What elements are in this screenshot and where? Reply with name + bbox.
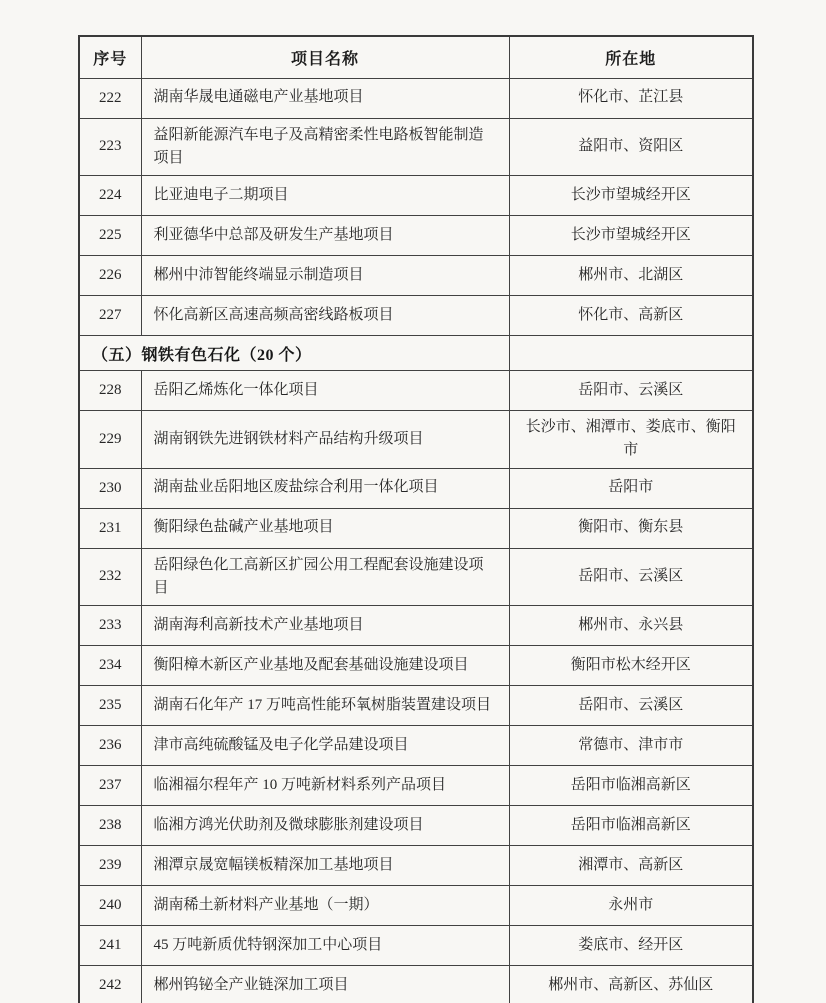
- row-number-cell: 230: [79, 468, 141, 508]
- table-row: 230湖南盐业岳阳地区废盐综合利用一体化项目岳阳市: [79, 468, 753, 508]
- location-cell: 岳阳市: [509, 468, 753, 508]
- table-row: 223益阳新能源汽车电子及高精密柔性电路板智能制造项目益阳市、资阳区: [79, 118, 753, 176]
- location-cell: 怀化市、高新区: [509, 296, 753, 336]
- project-name-cell: 临湘福尔程年产 10 万吨新材料系列产品项目: [141, 766, 509, 806]
- location-cell: 常德市、津市市: [509, 726, 753, 766]
- col-header-project-name: 项目名称: [141, 36, 509, 78]
- project-name-cell: 45 万吨新质优特钢深加工中心项目: [141, 926, 509, 966]
- row-number-cell: 225: [79, 216, 141, 256]
- section-row: （五）钢铁有色石化（20 个）: [79, 336, 753, 371]
- location-cell: 岳阳市临湘高新区: [509, 766, 753, 806]
- row-number-cell: 229: [79, 411, 141, 469]
- project-name-cell: 津市高纯硫酸锰及电子化学品建设项目: [141, 726, 509, 766]
- table-row: 234衡阳樟木新区产业基地及配套基础设施建设项目衡阳市松木经开区: [79, 646, 753, 686]
- project-name-cell: 衡阳樟木新区产业基地及配套基础设施建设项目: [141, 646, 509, 686]
- location-cell: 益阳市、资阳区: [509, 118, 753, 176]
- col-header-location: 所在地: [509, 36, 753, 78]
- project-name-cell: 利亚德华中总部及研发生产基地项目: [141, 216, 509, 256]
- row-number-cell: 226: [79, 256, 141, 296]
- row-number-cell: 228: [79, 371, 141, 411]
- table-row: 240湖南稀土新材料产业基地（一期）永州市: [79, 886, 753, 926]
- table-row: 222湖南华晟电通磁电产业基地项目怀化市、芷江县: [79, 78, 753, 118]
- table-row: 242郴州钨铋全产业链深加工项目郴州市、高新区、苏仙区: [79, 966, 753, 1003]
- table-row: 238临湘方鸿光伏助剂及微球膨胀剂建设项目岳阳市临湘高新区: [79, 806, 753, 846]
- row-number-cell: 231: [79, 508, 141, 548]
- row-number-cell: 240: [79, 886, 141, 926]
- location-cell: 衡阳市松木经开区: [509, 646, 753, 686]
- row-number-cell: 237: [79, 766, 141, 806]
- document-page: 序号 项目名称 所在地 222湖南华晟电通磁电产业基地项目怀化市、芷江县223益…: [0, 0, 826, 1003]
- row-number-cell: 222: [79, 78, 141, 118]
- location-cell: 岳阳市、云溪区: [509, 548, 753, 606]
- location-cell: 岳阳市、云溪区: [509, 686, 753, 726]
- location-cell: 娄底市、经开区: [509, 926, 753, 966]
- project-name-cell: 湖南海利高新技术产业基地项目: [141, 606, 509, 646]
- project-name-cell: 湖南稀土新材料产业基地（一期）: [141, 886, 509, 926]
- table-row: 231衡阳绿色盐碱产业基地项目衡阳市、衡东县: [79, 508, 753, 548]
- project-name-cell: 郴州中沛智能终端显示制造项目: [141, 256, 509, 296]
- project-name-cell: 益阳新能源汽车电子及高精密柔性电路板智能制造项目: [141, 118, 509, 176]
- row-number-cell: 227: [79, 296, 141, 336]
- location-cell: 郴州市、高新区、苏仙区: [509, 966, 753, 1003]
- location-cell: 长沙市、湘潭市、娄底市、衡阳市: [509, 411, 753, 469]
- location-cell: 衡阳市、衡东县: [509, 508, 753, 548]
- location-cell: 郴州市、永兴县: [509, 606, 753, 646]
- location-cell: 湘潭市、高新区: [509, 846, 753, 886]
- row-number-cell: 241: [79, 926, 141, 966]
- table-row: 226郴州中沛智能终端显示制造项目郴州市、北湖区: [79, 256, 753, 296]
- row-number-cell: 242: [79, 966, 141, 1003]
- row-number-cell: 236: [79, 726, 141, 766]
- col-header-serial-number: 序号: [79, 36, 141, 78]
- row-number-cell: 224: [79, 176, 141, 216]
- row-number-cell: 239: [79, 846, 141, 886]
- project-name-cell: 湘潭京晟宽幅镁板精深加工基地项目: [141, 846, 509, 886]
- table-row: 225利亚德华中总部及研发生产基地项目长沙市望城经开区: [79, 216, 753, 256]
- table-row: 224比亚迪电子二期项目长沙市望城经开区: [79, 176, 753, 216]
- row-number-cell: 235: [79, 686, 141, 726]
- project-name-cell: 湖南石化年产 17 万吨高性能环氧树脂装置建设项目: [141, 686, 509, 726]
- location-cell: 永州市: [509, 886, 753, 926]
- table-body: 222湖南华晟电通磁电产业基地项目怀化市、芷江县223益阳新能源汽车电子及高精密…: [79, 78, 753, 1003]
- project-name-cell: 岳阳绿色化工高新区扩园公用工程配套设施建设项目: [141, 548, 509, 606]
- location-cell: 长沙市望城经开区: [509, 216, 753, 256]
- project-name-cell: 临湘方鸿光伏助剂及微球膨胀剂建设项目: [141, 806, 509, 846]
- header-row: 序号 项目名称 所在地: [79, 36, 753, 78]
- table-row: 235湖南石化年产 17 万吨高性能环氧树脂装置建设项目岳阳市、云溪区: [79, 686, 753, 726]
- table-row: 236津市高纯硫酸锰及电子化学品建设项目常德市、津市市: [79, 726, 753, 766]
- location-cell: 长沙市望城经开区: [509, 176, 753, 216]
- project-name-cell: 岳阳乙烯炼化一体化项目: [141, 371, 509, 411]
- section-label: （五）钢铁有色石化（20 个）: [79, 336, 509, 371]
- location-cell: 岳阳市临湘高新区: [509, 806, 753, 846]
- row-number-cell: 223: [79, 118, 141, 176]
- row-number-cell: 233: [79, 606, 141, 646]
- project-name-cell: 湖南钢铁先进钢铁材料产品结构升级项目: [141, 411, 509, 469]
- project-name-cell: 湖南华晟电通磁电产业基地项目: [141, 78, 509, 118]
- project-name-cell: 湖南盐业岳阳地区废盐综合利用一体化项目: [141, 468, 509, 508]
- projects-table: 序号 项目名称 所在地 222湖南华晟电通磁电产业基地项目怀化市、芷江县223益…: [78, 35, 754, 1003]
- row-number-cell: 238: [79, 806, 141, 846]
- table-row: 24145 万吨新质优特钢深加工中心项目娄底市、经开区: [79, 926, 753, 966]
- location-cell: 郴州市、北湖区: [509, 256, 753, 296]
- row-number-cell: 232: [79, 548, 141, 606]
- location-cell: 怀化市、芷江县: [509, 78, 753, 118]
- table-row: 228岳阳乙烯炼化一体化项目岳阳市、云溪区: [79, 371, 753, 411]
- project-name-cell: 怀化高新区高速高频高密线路板项目: [141, 296, 509, 336]
- project-name-cell: 比亚迪电子二期项目: [141, 176, 509, 216]
- table-row: 237临湘福尔程年产 10 万吨新材料系列产品项目岳阳市临湘高新区: [79, 766, 753, 806]
- section-empty-cell: [509, 336, 753, 371]
- location-cell: 岳阳市、云溪区: [509, 371, 753, 411]
- project-name-cell: 郴州钨铋全产业链深加工项目: [141, 966, 509, 1003]
- table-row: 227怀化高新区高速高频高密线路板项目怀化市、高新区: [79, 296, 753, 336]
- table-row: 239湘潭京晟宽幅镁板精深加工基地项目湘潭市、高新区: [79, 846, 753, 886]
- project-name-cell: 衡阳绿色盐碱产业基地项目: [141, 508, 509, 548]
- table-row: 233湖南海利高新技术产业基地项目郴州市、永兴县: [79, 606, 753, 646]
- table-row: 229湖南钢铁先进钢铁材料产品结构升级项目长沙市、湘潭市、娄底市、衡阳市: [79, 411, 753, 469]
- row-number-cell: 234: [79, 646, 141, 686]
- table-row: 232岳阳绿色化工高新区扩园公用工程配套设施建设项目岳阳市、云溪区: [79, 548, 753, 606]
